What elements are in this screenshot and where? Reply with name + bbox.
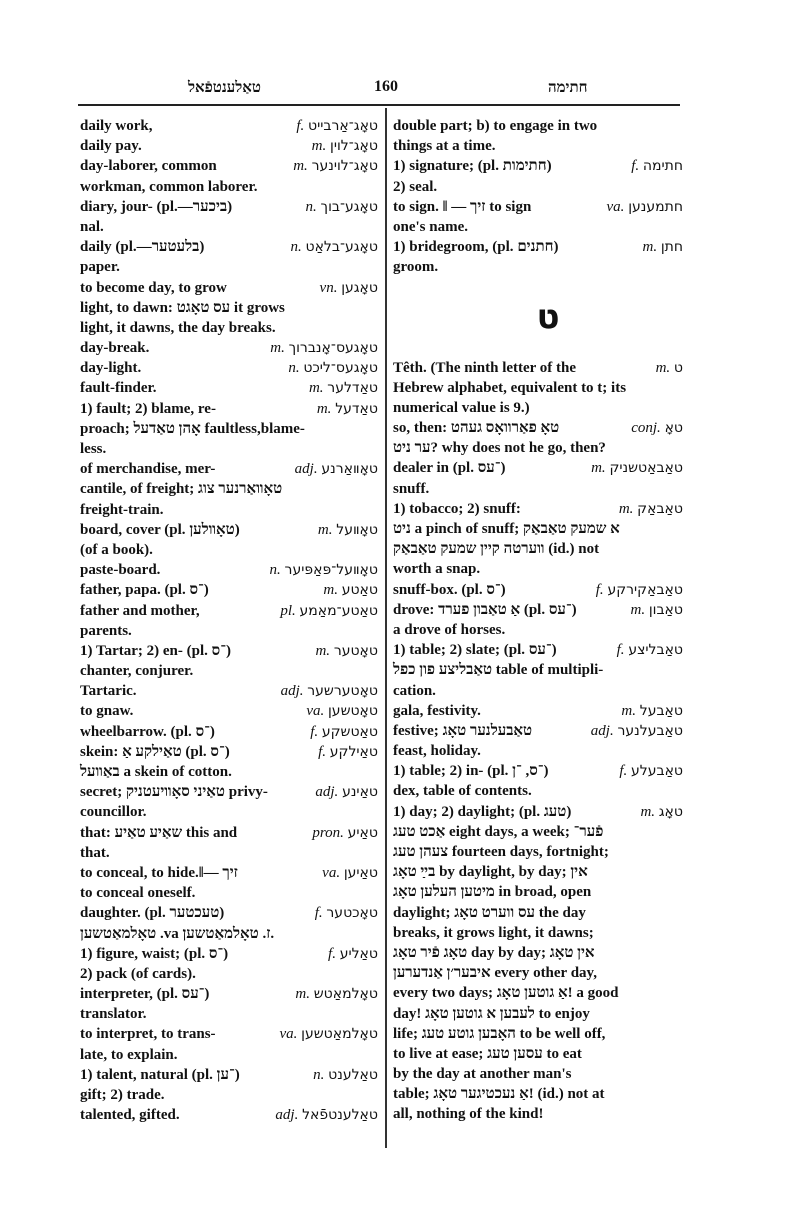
entry-headword: טאָלמאַטשען <box>301 1026 378 1042</box>
entry-headword: טאָגע־בוך <box>321 199 378 215</box>
entry-text: things at a time. <box>393 136 496 156</box>
entry-line: בײַ טאָג by daylight, by day; אין <box>393 862 683 882</box>
header-left-guide-word: טאַלענטפֿאל <box>188 78 261 97</box>
entry-line: snuff-box. (pl. ־ס)f. טאַבאַקירקע <box>393 580 683 600</box>
entry-grammar: m. <box>591 460 609 476</box>
entry-headword: חתן <box>661 239 683 255</box>
header-right-guide-word: חתימה <box>548 78 587 97</box>
entry-line: cantile, of freight; טאָװאַרנער צוג <box>80 479 378 499</box>
entry-grammar: f. <box>296 118 308 134</box>
entry-grammar: f. <box>310 724 322 740</box>
entry-grammar: m. <box>270 340 288 356</box>
entry-english: diary, jour- (pl.—ביכער) <box>80 197 232 217</box>
entry-headword-group: f. טאַבאַקירקע <box>596 580 683 600</box>
entry-line: to gnaw.va. טאָטשען <box>80 701 378 721</box>
entry-english: that: שאַיע טאַיע this and <box>80 823 237 843</box>
entry-text: ער ניט? why does not he go, then? <box>393 438 606 458</box>
entry-line: איבער׳ן אַנדערען every other day, <box>393 963 683 983</box>
entry-line: late, to explain. <box>80 1045 378 1065</box>
entry-english: 1) fault; 2) blame, re- <box>80 399 216 419</box>
entry-headword-group: n. טאָגעס־ליכט <box>288 358 378 378</box>
entry-grammar: m. <box>295 986 313 1002</box>
entry-line: to live at ease; עסען טעג to eat <box>393 1044 683 1064</box>
entry-line: table; אַ נעכטיגער טאָג! (id.) not at <box>393 1084 683 1104</box>
entry-line: cation. <box>393 681 683 701</box>
entry-line: װערטה קיין שמעק טאַבאַק (id.) not <box>393 539 683 559</box>
entry-english: board, cover (pl. טאָװלען) <box>80 520 240 540</box>
entry-grammar: m. <box>621 703 639 719</box>
entry-english: chanter, conjurer. <box>80 661 193 681</box>
entry-grammar: f. <box>328 946 340 962</box>
entry-grammar: va. <box>322 865 344 881</box>
entry-grammar: m. <box>619 501 637 517</box>
entry-line: to sign. ‖ — זיך to signva. חתמענען <box>393 197 683 217</box>
entry-grammar: n. <box>270 562 285 578</box>
entry-english: daughter. (pl. טעכטער) <box>80 903 224 923</box>
entry-grammar: m. <box>656 360 674 376</box>
entry-english: so, then: טאָ פאַרוואָס געהט <box>393 418 559 438</box>
entry-text: daylight; עס ווערט טאָג the day <box>393 903 586 923</box>
entry-english: 2) pack (of cards). <box>80 964 196 984</box>
entry-grammar: m. <box>315 643 333 659</box>
entry-english: 1) table; 2) slate; (pl. ־עס) <box>393 640 557 660</box>
entry-line: by the day at another man's <box>393 1064 683 1084</box>
entry-english: cantile, of freight; טאָװאַרנער צוג <box>80 479 282 499</box>
entry-headword-group: m. טאָלמאַטש <box>295 984 378 1004</box>
entry-grammar: m. <box>640 804 658 820</box>
entry-headword: טאַילקע <box>330 744 378 760</box>
entry-headword-group: f. טאַבליצע <box>617 640 683 660</box>
entry-line: light, to dawn: עס טאָגט it grows <box>80 298 378 318</box>
entry-english: 1) signature; (pl. חתימות) <box>393 156 552 176</box>
entry-line: daily work,f. טאָג־אַרבייט <box>80 116 378 136</box>
entry-english: (of a book). <box>80 540 153 560</box>
entry-line: טאָג פֿיר טאָג day by day; אין טאָג <box>393 943 683 963</box>
page-number: 160 <box>374 78 398 96</box>
entry-headword-group: m. טאָטער <box>315 641 378 661</box>
entry-text: breaks, it grows light, it dawns; <box>393 923 594 943</box>
entry-line: day-laborer, commonm. טאָג־לוינער <box>80 156 378 176</box>
entry-line: feast, holiday. <box>393 741 683 761</box>
entry-line: טאַבליצע פון כפל table of multipli- <box>393 660 683 680</box>
entry-line: 1) talent, natural (pl. ־ען)n. טאַלענט <box>80 1065 378 1085</box>
entry-english: 1) bridegroom, (pl. חתנים) <box>393 237 559 257</box>
entry-english: Têth. (The ninth letter of the <box>393 358 576 378</box>
entry-english: 1) figure, waist; (pl. ־ס) <box>80 944 228 964</box>
entry-headword-group: pl. טאַטע־מאַמע <box>280 601 378 621</box>
entry-headword-group: f. טאָג־אַרבייט <box>296 116 378 136</box>
entry-headword-group: f. טאַטשקע <box>310 722 378 742</box>
entry-line: skein: טאַילקע אַ (pl. ־ס)f. טאַילקע <box>80 742 378 762</box>
entry-english: father and mother, <box>80 601 200 621</box>
entry-english: interpreter, (pl. ־עס) <box>80 984 209 1004</box>
entry-line: festive; טאַבעלנער טאָגadj. טאַבעלנער <box>393 721 683 741</box>
entry-grammar: va. <box>279 1026 301 1042</box>
entry-line: 1) table; 2) in- (pl. ־ס, ־ן)f. טאַבעלע <box>393 761 683 781</box>
entry-headword-group: m. טאַדעל <box>317 399 378 419</box>
entry-grammar: m. <box>642 239 660 255</box>
entry-line: daughter. (pl. טעכטער)f. טאָכטער <box>80 903 378 923</box>
entry-line: one's name. <box>393 217 683 237</box>
entry-english: day-break. <box>80 338 149 358</box>
entry-text: מיטען העלען טאָג in broad, open <box>393 882 591 902</box>
entry-english: paper. <box>80 257 120 277</box>
entry-line: 1) table; 2) slate; (pl. ־עס)f. טאַבליצע <box>393 640 683 660</box>
entry-headword-group: m. טאָג־לוין <box>312 136 378 156</box>
entry-grammar: m. <box>630 602 648 618</box>
entry-line: breaks, it grows light, it dawns; <box>393 923 683 943</box>
entry-grammar: n. <box>313 1067 328 1083</box>
entry-headword-group: m. טאָג <box>640 802 683 822</box>
left-column: daily work,f. טאָג־אַרבייטdaily pay.m. ט… <box>80 116 378 1125</box>
entry-headword-group: m. טאָגעס־אָנברוך <box>270 338 378 358</box>
entry-text: ניט a pinch of snuff; א שמעק טאַבאַק <box>393 519 620 539</box>
entry-headword: טאָטער <box>334 643 378 659</box>
entry-grammar: pl. <box>280 603 299 619</box>
entry-headword: טאַטע <box>342 582 378 598</box>
entry-line: Têth. (The ninth letter of them. ט <box>393 358 683 378</box>
entry-headword-group: n. טאַלענט <box>313 1065 378 1085</box>
entry-headword: טאַבליצע <box>628 642 683 658</box>
entry-line: daylight; עס ווערט טאָג the day <box>393 903 683 923</box>
entry-headword-group: f. חתימה <box>631 156 683 176</box>
entry-headword-group: f. טאַבעלע <box>619 761 683 781</box>
entry-headword-group: n. טאָגע־בלאַט <box>290 237 378 257</box>
entry-headword: טאַבעל <box>640 703 683 719</box>
entry-headword-group: adj. טאַלענטפֿאל <box>275 1105 378 1125</box>
entry-english: 1) day; 2) daylight; (pl. טעג) <box>393 802 571 822</box>
entry-headword: טאָגען <box>341 280 378 296</box>
entry-headword: טאָג־לוינער <box>312 158 378 174</box>
entry-english: to conceal oneself. <box>80 883 195 903</box>
entry-text: worth a snap. <box>393 559 480 579</box>
entry-english: fault-finder. <box>80 378 157 398</box>
entry-line: every two days; אַ גוטען טאָג! a good <box>393 983 683 1003</box>
entry-grammar: f. <box>617 642 629 658</box>
entry-headword: טאָגע־בלאַט <box>305 239 378 255</box>
entry-english: snuff-box. (pl. ־ס) <box>393 580 506 600</box>
entry-headword: טאָ <box>665 420 683 436</box>
entry-line: gift; 2) trade. <box>80 1085 378 1105</box>
entry-line: that. <box>80 843 378 863</box>
entry-line: to conceal oneself. <box>80 883 378 903</box>
entry-headword: טאָטערשער <box>307 683 378 699</box>
entry-english: daily work, <box>80 116 153 136</box>
entry-line: 1) day; 2) daylight; (pl. טעג)m. טאָג <box>393 802 683 822</box>
entry-text: Hebrew alphabet, equivalent to t; its <box>393 378 626 398</box>
entry-headword: טאָג <box>659 804 683 820</box>
entry-english: skein: טאַילקע אַ (pl. ־ס) <box>80 742 230 762</box>
entry-line: worth a snap. <box>393 559 683 579</box>
entry-text: table; אַ נעכטיגער טאָג! (id.) not at <box>393 1084 605 1104</box>
entry-english: freight-train. <box>80 500 163 520</box>
entry-line: (of a book). <box>80 540 378 560</box>
entry-headword-group: f. טאָכטער <box>315 903 378 923</box>
entry-line: interpreter, (pl. ־עס)m. טאָלמאַטש <box>80 984 378 1004</box>
entry-english: to conceal, to hide.‖— זיך <box>80 863 238 883</box>
entry-grammar: m. <box>309 380 327 396</box>
entry-text: 2) seal. <box>393 177 437 197</box>
entry-line: double part; b) to engage in two <box>393 116 683 136</box>
entry-text: day! לעבען א גוטען טאָג to enjoy <box>393 1004 590 1024</box>
entry-line: nal. <box>80 217 378 237</box>
entry-grammar: adj. <box>295 461 322 477</box>
entry-headword-group: vn. טאָגען <box>320 278 378 298</box>
entry-english: טאָלמאַטשען .va ז. טאָלמאַטשען. <box>80 924 274 944</box>
entry-grammar: pron. <box>312 825 347 841</box>
entry-headword: טאַבון <box>649 602 683 618</box>
entry-headword: טאָכטער <box>326 905 378 921</box>
column-divider <box>385 108 387 1148</box>
entry-grammar: vn. <box>320 280 342 296</box>
entry-text: צעהן טעג fourteen days, fortnight; <box>393 842 609 862</box>
entry-text: one's name. <box>393 217 468 237</box>
entry-line: 1) signature; (pl. חתימות)f. חתימה <box>393 156 683 176</box>
entry-headword-group: va. חתמענען <box>607 197 683 217</box>
entry-headword: טאַדלער <box>327 380 378 396</box>
entry-grammar: n. <box>290 239 305 255</box>
entry-line: day-light.n. טאָגעס־ליכט <box>80 358 378 378</box>
entry-line: paper. <box>80 257 378 277</box>
entry-line: 1) figure, waist; (pl. ־ס)f. טאַליע <box>80 944 378 964</box>
entry-headword-group: m. טאָװעל <box>318 520 378 540</box>
entry-english: paste-board. <box>80 560 160 580</box>
entry-headword: טאָװעל־פּאַפּיער <box>285 562 378 578</box>
entry-grammar: f. <box>318 744 330 760</box>
entry-text: life; האָבען גוטע טעג to be well off, <box>393 1024 605 1044</box>
entry-line: of merchandise, mer-adj. טאָװאַרנע <box>80 459 378 479</box>
entry-text: every two days; אַ גוטען טאָג! a good <box>393 983 619 1003</box>
entry-headword-group: n. טאָװעל־פּאַפּיער <box>270 560 378 580</box>
entry-headword: טאָג־אַרבייט <box>308 118 378 134</box>
entry-text: all, nothing of the kind! <box>393 1104 543 1124</box>
entry-headword-group: m. ט <box>656 358 683 378</box>
entry-line: snuff. <box>393 479 683 499</box>
entry-english: parents. <box>80 621 132 641</box>
entry-line: gala, festivity.m. טאַבעל <box>393 701 683 721</box>
running-header: טאַלענטפֿאל 160 חתימה <box>78 78 678 100</box>
entry-english: 1) talent, natural (pl. ־ען) <box>80 1065 240 1085</box>
entry-line: צעהן טעג fourteen days, fortnight; <box>393 842 683 862</box>
entry-english: day-laborer, common <box>80 156 217 176</box>
section-letter-heading: ט <box>393 278 683 358</box>
entry-line: that: שאַיע טאַיע this andpron. טאַיע <box>80 823 378 843</box>
entry-headword: טאַדעל <box>335 401 378 417</box>
entry-line: a drove of horses. <box>393 620 683 640</box>
entry-line: dex, table of contents. <box>393 781 683 801</box>
entry-english: gift; 2) trade. <box>80 1085 165 1105</box>
entry-line: parents. <box>80 621 378 641</box>
entry-line: daily pay.m. טאָג־לוין <box>80 136 378 156</box>
entry-text: בײַ טאָג by daylight, by day; אין <box>393 862 588 882</box>
entry-headword: חתימה <box>643 158 683 174</box>
entry-headword-group: m. טאַבעל <box>621 701 683 721</box>
entry-grammar: n. <box>288 360 303 376</box>
entry-line: freight-train. <box>80 500 378 520</box>
entry-line: ער ניט? why does not he go, then? <box>393 438 683 458</box>
entry-line: less. <box>80 439 378 459</box>
entry-headword-group: m. חתן <box>642 237 683 257</box>
entry-english: daily pay. <box>80 136 142 156</box>
entry-english: wheelbarrow. (pl. ־ס) <box>80 722 215 742</box>
entry-line: life; האָבען גוטע טעג to be well off, <box>393 1024 683 1044</box>
entry-english: to gnaw. <box>80 701 133 721</box>
entry-headword-group: m. טאַבון <box>630 600 683 620</box>
right-column: double part; b) to engage in twothings a… <box>393 116 683 1125</box>
entry-headword-group: va. טאַיען <box>322 863 378 883</box>
entry-headword: טאָלמאַטש <box>314 986 378 1002</box>
entry-headword: טאַבעלע <box>631 763 683 779</box>
entry-headword: טאַבאַטשניק <box>609 460 683 476</box>
header-rule <box>78 104 680 106</box>
entry-grammar: f. <box>315 905 327 921</box>
entry-headword: טאָגעס־אָנברוך <box>289 340 378 356</box>
entry-english: father, papa. (pl. ־ס) <box>80 580 209 600</box>
entry-headword: טאָטשען <box>328 703 378 719</box>
entry-english: light, to dawn: עס טאָגט it grows <box>80 298 285 318</box>
entry-headword: טאַינע <box>342 784 378 800</box>
entry-english: Tartaric. <box>80 681 137 701</box>
entry-headword: טאַיע <box>348 825 378 841</box>
entry-english: of merchandise, mer- <box>80 459 215 479</box>
entry-line: father, papa. (pl. ־ס)m. טאַטע <box>80 580 378 600</box>
entry-english: 1) table; 2) in- (pl. ־ס, ־ן) <box>393 761 549 781</box>
entry-english: that. <box>80 843 110 863</box>
entry-english: workman, common laborer. <box>80 177 258 197</box>
entry-line: to become day, to growvn. טאָגען <box>80 278 378 298</box>
entry-line: daily (pl.—בלעטער)n. טאָגע־בלאַט <box>80 237 378 257</box>
entry-english: to sign. ‖ — זיך to sign <box>393 197 531 217</box>
entry-line: day! לעבען א גוטען טאָג to enjoy <box>393 1004 683 1024</box>
entry-line: 1) tobacco; 2) snuff:m. טאַבאַק <box>393 499 683 519</box>
entry-headword-group: adj. טאָטערשער <box>281 681 378 701</box>
entry-line: chanter, conjurer. <box>80 661 378 681</box>
entry-grammar: f. <box>619 763 631 779</box>
entry-line: paste-board.n. טאָװעל־פּאַפּיער <box>80 560 378 580</box>
entry-text: feast, holiday. <box>393 741 481 761</box>
entry-text: װערטה קיין שמעק טאַבאַק (id.) not <box>393 539 599 559</box>
entry-line: light, it dawns, the day breaks. <box>80 318 378 338</box>
entry-text: טאַבליצע פון כפל table of multipli- <box>393 660 603 680</box>
entry-english: 1) tobacco; 2) snuff: <box>393 499 521 519</box>
entry-english: gala, festivity. <box>393 701 481 721</box>
entry-text: איבער׳ן אַנדערען every other day, <box>393 963 597 983</box>
entry-headword: טאָג־לוין <box>330 138 378 154</box>
entry-headword: טאַטע־מאַמע <box>300 603 378 619</box>
entry-grammar: f. <box>596 582 608 598</box>
entry-headword: טאַבאַקירקע <box>607 582 683 598</box>
entry-english: באַװעל a skein of cotton. <box>80 762 232 782</box>
entry-grammar: adj. <box>591 723 618 739</box>
entry-grammar: n. <box>306 199 321 215</box>
entry-line: to conceal, to hide.‖— זיךva. טאַיען <box>80 863 378 883</box>
entry-headword: טאַבאַק <box>637 501 683 517</box>
entry-line: groom. <box>393 257 683 277</box>
entry-english: less. <box>80 439 106 459</box>
entry-english: daily (pl.—בלעטער) <box>80 237 204 257</box>
entry-line: father and mother,pl. טאַטע־מאַמע <box>80 601 378 621</box>
entry-english: 1) Tartar; 2) en- (pl. ־ס) <box>80 641 231 661</box>
entry-english: proach; אָהן טאַדעל faultless,blame- <box>80 419 305 439</box>
entry-text: אַכט טעג eight days, a week; פֿער־ <box>393 822 603 842</box>
entry-grammar: m. <box>293 158 311 174</box>
entry-headword: טאָװעל <box>336 522 378 538</box>
entry-line: dealer in (pl. ־עס)m. טאַבאַטשניק <box>393 458 683 478</box>
entry-english: day-light. <box>80 358 141 378</box>
entry-headword-group: adj. טאַינע <box>315 782 378 802</box>
entry-line: ניט a pinch of snuff; א שמעק טאַבאַק <box>393 519 683 539</box>
entry-line: Tartaric.adj. טאָטערשער <box>80 681 378 701</box>
entry-headword-group: f. טאַילקע <box>318 742 378 762</box>
entry-headword: טאַלענט <box>328 1067 378 1083</box>
entry-headword: טאַבעלנער <box>617 723 683 739</box>
entry-text: numerical value is 9.) <box>393 398 530 418</box>
entry-headword-group: adj. טאָװאַרנע <box>295 459 378 479</box>
entry-line: wheelbarrow. (pl. ־ס)f. טאַטשקע <box>80 722 378 742</box>
entry-line: טאָלמאַטשען .va ז. טאָלמאַטשען. <box>80 924 378 944</box>
entry-text: by the day at another man's <box>393 1064 572 1084</box>
entry-text: to live at ease; עסען טעג to eat <box>393 1044 582 1064</box>
entry-line: Hebrew alphabet, equivalent to t; its <box>393 378 683 398</box>
entry-english: talented, gifted. <box>80 1105 180 1125</box>
entry-line: numerical value is 9.) <box>393 398 683 418</box>
entry-headword-group: m. טאַבאַק <box>619 499 683 519</box>
entry-line: day-break.m. טאָגעס־אָנברוך <box>80 338 378 358</box>
entry-headword: טאַליע <box>340 946 378 962</box>
entry-line: all, nothing of the kind! <box>393 1104 683 1124</box>
entry-grammar: m. <box>323 582 341 598</box>
entry-english: festive; טאַבעלנער טאָג <box>393 721 532 741</box>
entry-english: dealer in (pl. ־עס) <box>393 458 506 478</box>
entry-text: cation. <box>393 681 436 701</box>
entry-line: secret; טאַיני סאָװיעטניק privy-adj. טאַ… <box>80 782 378 802</box>
entry-headword: טאָװאַרנע <box>321 461 378 477</box>
entry-text: snuff. <box>393 479 429 499</box>
entry-headword-group: conj. טאָ <box>631 418 683 438</box>
entry-text: double part; b) to engage in two <box>393 116 597 136</box>
entry-headword-group: f. טאַליע <box>328 944 378 964</box>
entry-grammar: va. <box>607 199 629 215</box>
entry-line: talented, gifted.adj. טאַלענטפֿאל <box>80 1105 378 1125</box>
entry-english: councillor. <box>80 802 147 822</box>
entry-headword-group: m. טאָג־לוינער <box>293 156 378 176</box>
entry-grammar: m. <box>317 401 335 417</box>
entry-headword-group: va. טאָטשען <box>306 701 378 721</box>
entry-english: light, it dawns, the day breaks. <box>80 318 276 338</box>
entry-line: מיטען העלען טאָג in broad, open <box>393 882 683 902</box>
entry-english: nal. <box>80 217 104 237</box>
entry-grammar: adj. <box>315 784 342 800</box>
entry-headword-group: n. טאָגע־בוך <box>306 197 378 217</box>
entry-english: translator. <box>80 1004 147 1024</box>
entry-line: proach; אָהן טאַדעל faultless,blame- <box>80 419 378 439</box>
entry-line: fault-finder.m. טאַדלער <box>80 378 378 398</box>
entry-english: to interpret, to trans- <box>80 1024 216 1044</box>
entry-headword-group: adj. טאַבעלנער <box>591 721 683 741</box>
entry-headword-group: va. טאָלמאַטשען <box>279 1024 378 1044</box>
entry-grammar: conj. <box>631 420 664 436</box>
entry-text: groom. <box>393 257 438 277</box>
entry-headword-group: m. טאַבאַטשניק <box>591 458 683 478</box>
entry-grammar: f. <box>631 158 643 174</box>
entry-line: to interpret, to trans-va. טאָלמאַטשען <box>80 1024 378 1044</box>
entry-line: באַװעל a skein of cotton. <box>80 762 378 782</box>
entry-headword: טאַלענטפֿאל <box>302 1107 378 1123</box>
entry-grammar: adj. <box>281 683 308 699</box>
entry-line: translator. <box>80 1004 378 1024</box>
entry-line: 1) Tartar; 2) en- (pl. ־ס)m. טאָטער <box>80 641 378 661</box>
entry-line: 1) bridegroom, (pl. חתנים)m. חתן <box>393 237 683 257</box>
